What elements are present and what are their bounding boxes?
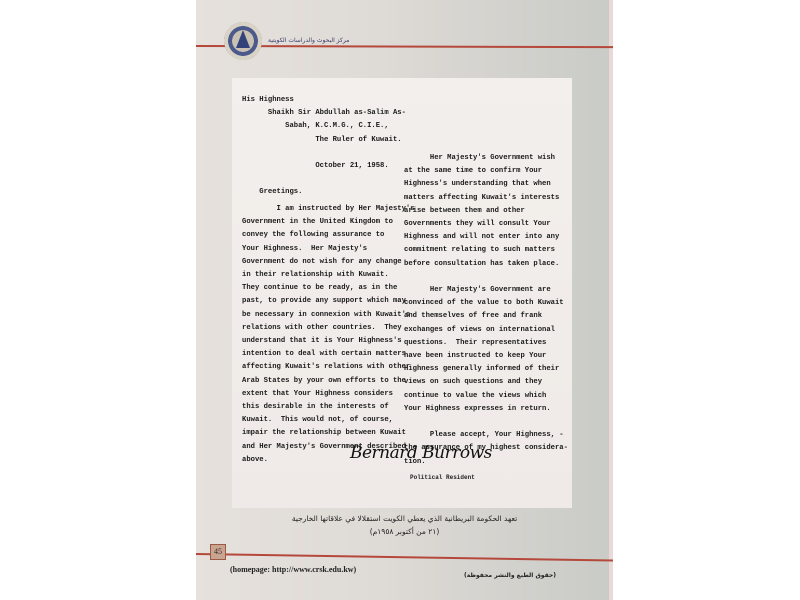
letter-address: His Highness Shaikh Sir Abdullah as-Sali… (242, 94, 406, 200)
caption-line-2: (٢١ من أكتوبر ١٩٥٨م) (196, 525, 613, 538)
scanned-page: مركز البحوث والدراسات الكويتية His Highn… (196, 0, 613, 600)
caption-line-1: تعهد الحكومة البريطانية الذي يعطي الكويت… (196, 512, 613, 525)
letter-right-column: Her Majesty's Government wish at the sam… (404, 152, 568, 469)
crsk-emblem-icon (224, 22, 262, 60)
page-number: 45 (210, 544, 226, 560)
signatory-title: Political Resident (410, 471, 475, 484)
homepage-link: (homepage: http://www.crsk.edu.kw) (230, 565, 356, 574)
signature: Bernard Burrows (350, 443, 492, 463)
ship-icon (236, 30, 250, 48)
footer-rule (196, 553, 613, 562)
copyright-notice: (حقوق الطبع والنشر محفوظة) (464, 572, 556, 579)
arabic-caption: تعهد الحكومة البريطانية الذي يعطي الكويت… (196, 512, 613, 538)
center-name: مركز البحوث والدراسات الكويتية (268, 37, 349, 44)
letter-left-column: I am instructed by Her Majesty's Governm… (242, 203, 415, 467)
page-edge (609, 0, 613, 600)
letter-document: His Highness Shaikh Sir Abdullah as-Sali… (232, 78, 572, 508)
